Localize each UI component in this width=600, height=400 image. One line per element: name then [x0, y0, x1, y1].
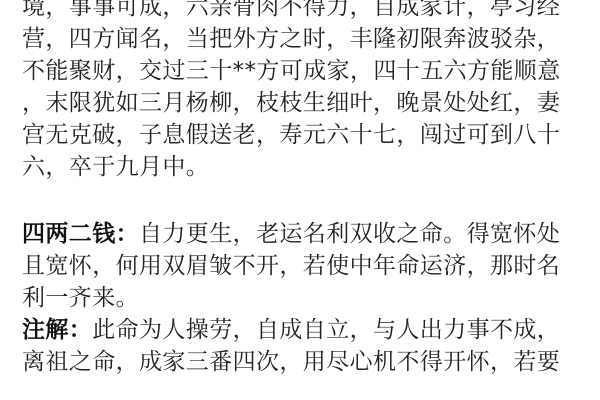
text-line: 营，四方闻名，当把外方之时，丰隆初限奔波驳杂， — [22, 23, 582, 55]
section-heading-annotation: 注解： — [22, 317, 92, 343]
text-line: ，末限犹如三月杨柳，枝枝生细叶，晚景处处红，妻 — [22, 87, 582, 119]
fortune-text-page: 境，事事可成，六亲骨肉不得力，自成家计，亭习经 营，四方闻名，当把外方之时，丰隆… — [22, 0, 582, 378]
text-span: 此命为人操劳，自成自立，与人出力事不成， — [92, 317, 560, 343]
section-line: 四两二钱：自力更生，老运名利双收之命。得宽怀处 — [22, 218, 582, 250]
text-line: 境，事事可成，六亲骨肉不得力，自成家计，亭习经 — [22, 0, 582, 23]
right-edge-fade — [572, 0, 600, 400]
text-line: 离祖之命，成家三番四次，用尽心机不得开怀，若要 — [22, 346, 582, 378]
paragraph-gap — [22, 183, 582, 215]
text-line: 不能聚财，交过三十**方可成家，四十五六方能顺意 — [22, 55, 582, 87]
section-heading-weight: 四两二钱： — [22, 221, 139, 247]
text-line: 六，卒于九月中。 — [22, 151, 582, 183]
text-span: 自力更生，老运名利双收之命。得宽怀处 — [139, 221, 560, 247]
section-line: 注解：此命为人操劳，自成自立，与人出力事不成， — [22, 314, 582, 346]
text-line: 利一齐来。 — [22, 282, 582, 314]
text-line: 宫无克破，子息假送老，寿元六十七，闯过可到八十 — [22, 119, 582, 151]
text-line: 且宽怀，何用双眉皱不开，若使中年命运济，那时名 — [22, 250, 582, 282]
